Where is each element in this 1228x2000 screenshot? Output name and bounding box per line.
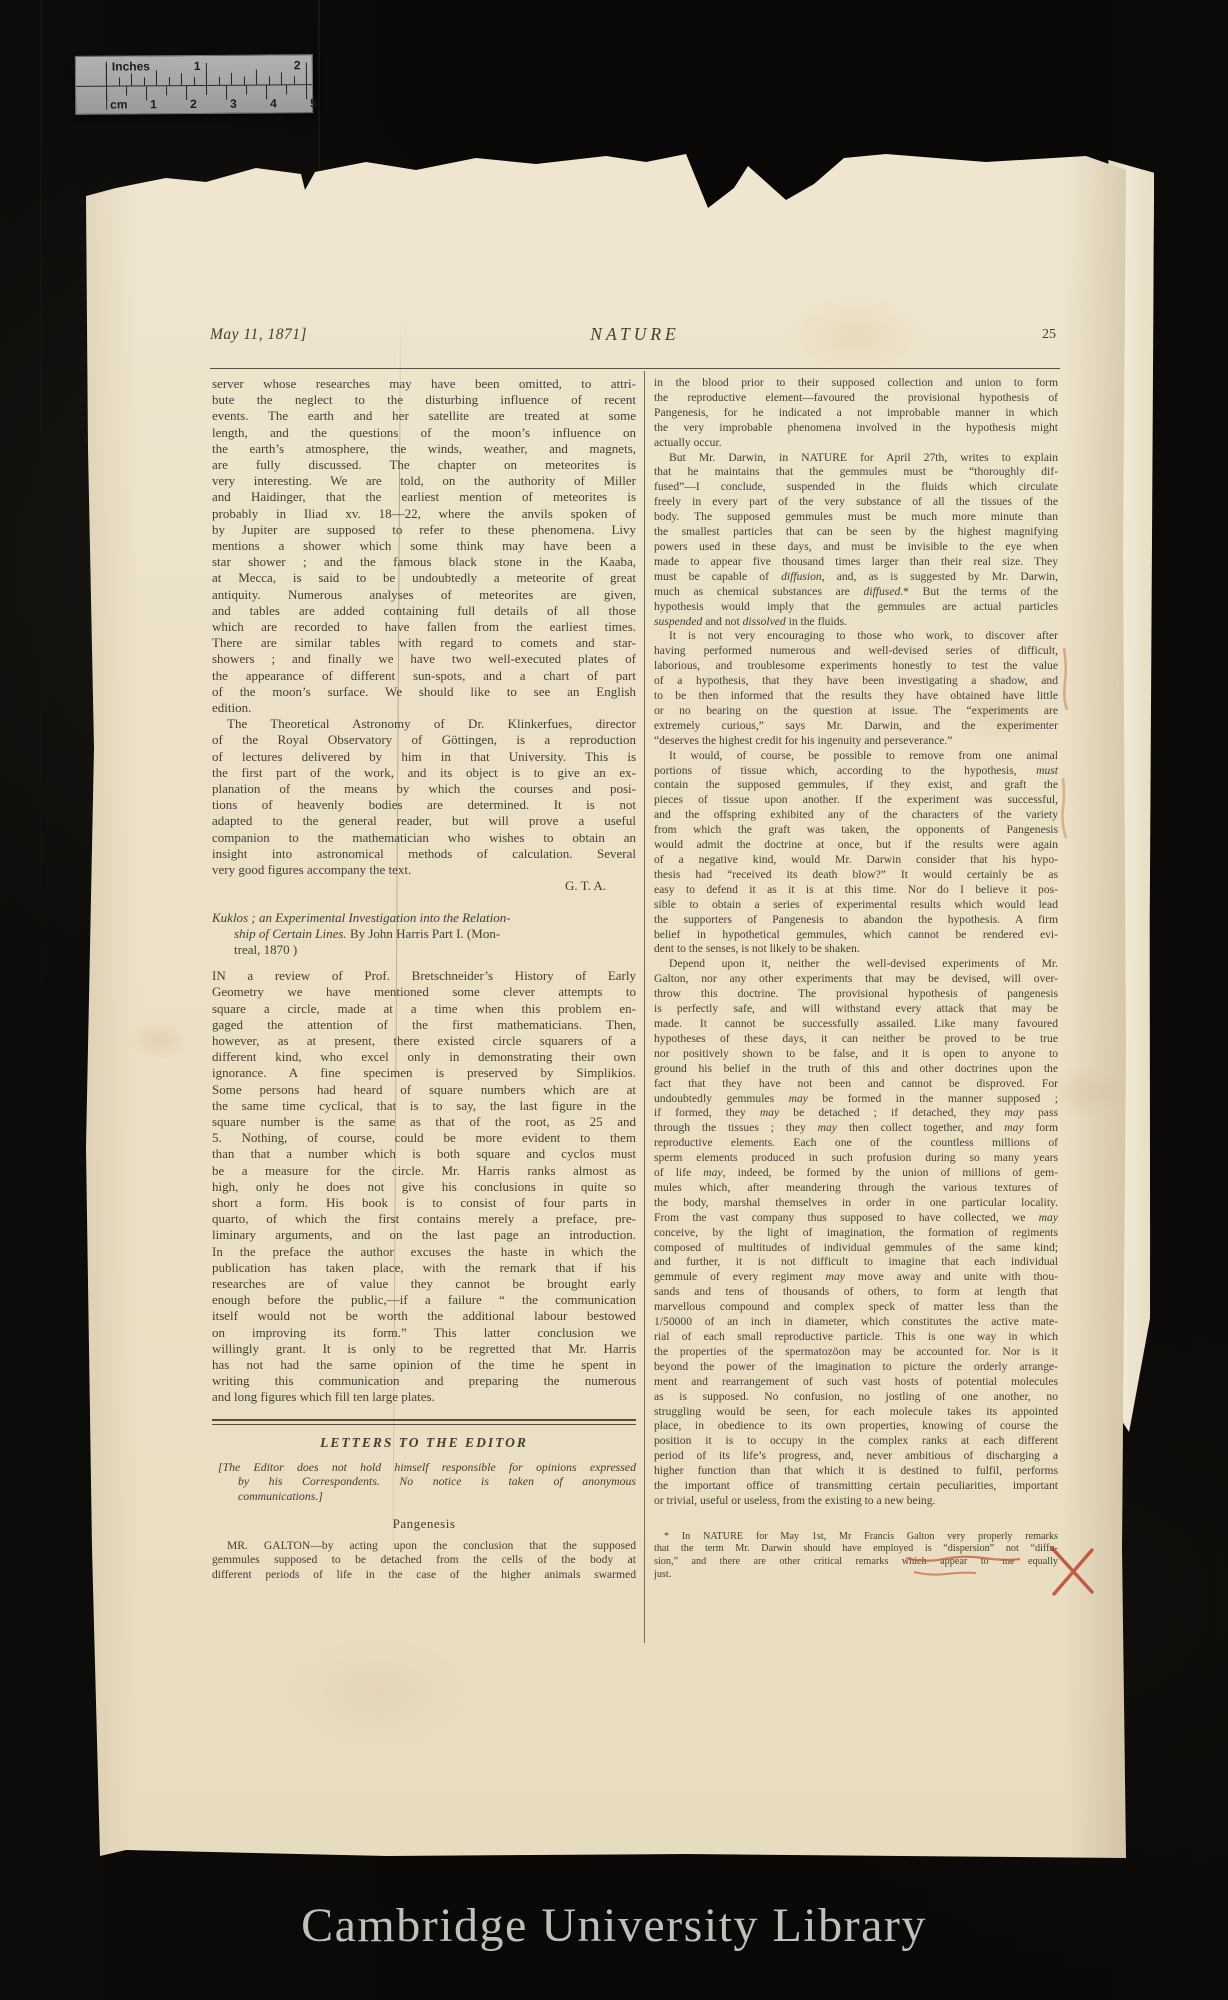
book-title-line: treal, 1870 ) [212, 942, 636, 958]
text-line: of life may, indeed, be formed by the un… [654, 1166, 1058, 1181]
text-line: Galton, nor any other experiments that m… [654, 972, 1058, 987]
text-line: be a measure for the circle. Mr. Harris … [212, 1163, 636, 1179]
text-line: in the blood prior to their supposed col… [654, 376, 1058, 391]
scan-scene: Inches cm 1212345 May 11, 1871] NATURE 2… [0, 0, 1228, 2000]
text-line: throw this doctrine. The provisional hyp… [654, 987, 1058, 1002]
letter-line: MR. GALTON—by acting upon the conclusion… [212, 1539, 636, 1554]
text-line: adapted to the general reader, but will … [212, 813, 636, 829]
disclaimer-line: [The Editor does not hold himself respon… [212, 1460, 636, 1475]
ruler-tick [156, 70, 157, 85]
text-line: made to appear five thousand times large… [654, 555, 1058, 570]
text-line: fused”—I conclude, suspended in the flui… [654, 480, 1058, 495]
left-column: server whose researches may have been om… [212, 376, 636, 1583]
text-line: companion to the mathematician who wishe… [212, 830, 636, 846]
ruler-tick [306, 85, 307, 99]
text-line: tions of heavenly bodies are determined.… [212, 797, 636, 813]
text-line: by Jupiter are supposed to refer to thes… [212, 522, 636, 538]
text-line: body. The supposed gemmules must be much… [654, 510, 1058, 525]
text-line: contain the supposed gemmules, if they e… [654, 778, 1058, 793]
text-line: the smallest particles that can be seen … [654, 525, 1058, 540]
ruler-tick [226, 86, 227, 100]
text-line: undoubtedly gemmules may be formed in th… [654, 1092, 1058, 1107]
text-line: the first part of the work, and its obje… [212, 765, 636, 781]
text-line: high, only he does not give his conclusi… [212, 1179, 636, 1195]
paragraph: server whose researches may have been om… [212, 376, 636, 716]
text-line: portions of tissue which, according to t… [654, 764, 1058, 779]
ruler-inch-number: 1 [194, 59, 201, 73]
ruler-tick [143, 77, 144, 85]
text-line: to be then informed that the results the… [654, 689, 1058, 704]
text-line: is perfectly safe, and will withstand ev… [654, 1002, 1058, 1017]
text-line: square a circle, made at a time when thi… [212, 1001, 636, 1017]
text-line: the very improbable phenomena involved i… [654, 421, 1058, 436]
text-line: enough before the public,—if a failure “… [212, 1292, 636, 1308]
text-line: server whose researches may have been om… [212, 376, 636, 392]
text-line: thesis had “received its death blow?” It… [654, 868, 1058, 883]
ruler-tick [193, 77, 194, 85]
text-line: than that a number which is both square … [212, 1146, 636, 1162]
ruler-tick [126, 86, 127, 95]
ruler-cm-number: 3 [230, 97, 237, 111]
text-line: insight into astronomical methods of cal… [212, 846, 636, 862]
footnote: * In NATURE for May 1st, Mr Francis Galt… [654, 1531, 1058, 1581]
text-line: however, as at present, there existed ci… [212, 1033, 636, 1049]
ruler-tick [268, 76, 269, 84]
ruler-tick [106, 64, 108, 86]
text-line: and the offspring exhibited any of the c… [654, 808, 1058, 823]
text-line: It is not very encouraging to those who … [654, 629, 1058, 644]
text-line: But Mr. Darwin, in NATURE for April 27th… [654, 451, 1058, 466]
text-line: which are recorded to have fallen from t… [212, 619, 636, 635]
footnote-line: that the term Mr. Darwin should have emp… [654, 1543, 1058, 1556]
text-line: powers used in these days, and must be i… [654, 540, 1058, 555]
text-line: fact that they have not been and cannot … [654, 1077, 1058, 1092]
text-line: suspended and not dissolved in the fluid… [654, 615, 1058, 630]
text-line: if formed, they may be detached ; if det… [654, 1106, 1058, 1121]
text-line: and Haidinger, that the earliest mention… [212, 489, 636, 505]
ruler-tick [206, 63, 208, 85]
column-divider-rule [644, 371, 645, 1643]
ruler-tick [106, 87, 107, 101]
ruler-tick [231, 73, 232, 85]
text-line: willingly grant. It is only to be regret… [212, 1341, 636, 1357]
text-line: the supporters of Pangenesis to abandon … [654, 913, 1058, 928]
cloth-seam [40, 0, 42, 1600]
disclaimer-line: by his Correspondents. No notice is take… [212, 1474, 636, 1489]
pencil-cross-icon [1052, 1548, 1092, 1594]
right-column-text: in the blood prior to their supposed col… [654, 376, 1058, 1509]
text-line: quarto, of which the first contains mere… [212, 1211, 636, 1227]
letter-title: Pangenesis [212, 1516, 636, 1532]
text-line: different kind, who excel only in demons… [212, 1049, 636, 1065]
text-line: that he maintains that the gemmules must… [654, 465, 1058, 480]
footnote-line: just. [654, 1569, 1058, 1582]
text-line: The Theoretical Astronomy of Dr. Klinker… [212, 716, 636, 732]
section-divider-rule [212, 1419, 636, 1425]
text-line: sands and tens of thousands of others, t… [654, 1285, 1058, 1300]
letter-line: different periods of life in the case of… [212, 1568, 636, 1583]
text-line: sperm elements produced in such profusio… [654, 1151, 1058, 1166]
ruler-tick [266, 85, 267, 99]
ruler-ticks: 1212345 [76, 55, 312, 57]
right-column: in the blood prior to their supposed col… [654, 376, 1058, 1581]
text-line: sible to obtain a series of experimental… [654, 898, 1058, 913]
text-line: hypothesis would imply that the gemmules… [654, 600, 1058, 615]
reviewer-signature: G. T. A. [212, 878, 636, 894]
letter-line: gemmules supposed to be detached from th… [212, 1553, 636, 1568]
text-line: conceive, by the light of imagination, t… [654, 1226, 1058, 1241]
text-line: ground his belief in the truth of this a… [654, 1062, 1058, 1077]
paragraph: It would, of course, be possible to remo… [654, 749, 1058, 958]
ruler-tick [168, 77, 169, 85]
paragraph: But Mr. Darwin, in NATURE for April 27th… [654, 451, 1058, 630]
text-line: “deserves the highest credit for his ing… [654, 734, 1058, 749]
text-line: mules which, after meandering through th… [654, 1181, 1058, 1196]
journal-page: May 11, 1871] NATURE 25 server whose res… [86, 148, 1126, 1864]
text-line: probably in Iliad xv. 18—22, where the a… [212, 506, 636, 522]
ruler-tick [186, 86, 187, 100]
text-line: Geometry we have mentioned some clever a… [212, 984, 636, 1000]
text-line: From the vast company thus supposed to h… [654, 1211, 1058, 1226]
text-line: reproductive elements. Each one of the c… [654, 1136, 1058, 1151]
text-line: Pangenesis, for he indicated a not impro… [654, 406, 1058, 421]
text-line: would admit the doctrine at once, but if… [654, 838, 1058, 853]
text-line: There are similar tables with regard to … [212, 635, 636, 651]
text-line: of a negative kind, would Mr. Darwin con… [654, 853, 1058, 868]
paragraph: in the blood prior to their supposed col… [654, 376, 1058, 451]
text-line: square number is the same as that of the… [212, 1114, 636, 1130]
ruler-tick [181, 73, 182, 85]
text-line: from which the graft was taken, the oppo… [654, 823, 1058, 838]
text-line: having performed numerous and well-devis… [654, 644, 1058, 659]
paragraph: IN a review of Prof. Bretschneider’s His… [212, 968, 636, 1405]
text-line: the reproductive element—favoured the pr… [654, 391, 1058, 406]
editor-disclaimer: [The Editor does not hold himself respon… [212, 1460, 636, 1504]
text-line: rial of each small reproductive particle… [654, 1330, 1058, 1345]
paragraph: Depend upon it, neither the well-devised… [654, 957, 1058, 1509]
ruler-cm-number: 2 [190, 97, 197, 111]
text-line: as is supposed. No confusion, no jostlin… [654, 1390, 1058, 1405]
disclaimer-line: communications.] [212, 1489, 636, 1504]
ruler-cm-number: 4 [270, 96, 277, 110]
text-line: bute the neglect to the disturbing influ… [212, 392, 636, 408]
ruler-cm-number: 1 [150, 97, 157, 111]
text-line: the earth’s atmosphere, the winds, weath… [212, 441, 636, 457]
text-line: of the Royal Observatory of Göttingen, i… [212, 732, 636, 748]
ruler-tick [118, 78, 119, 86]
text-line: liminary arguments, and on the last page… [212, 1227, 636, 1243]
text-line: dent to the senses, is not likely to be … [654, 942, 1058, 957]
text-line: place, in obedience to its own propertie… [654, 1419, 1058, 1434]
letters-heading: LETTERS TO THE EDITOR [212, 1435, 636, 1451]
text-line: very interesting. We are told, on the au… [212, 473, 636, 489]
text-line: length, and the questions of the moon’s … [212, 425, 636, 441]
text-line: publication has taken place, with the re… [212, 1260, 636, 1276]
ruler-tick [293, 76, 294, 84]
text-line: must be capable of diffusion, and, as is… [654, 570, 1058, 585]
text-line: edition. [212, 700, 636, 716]
text-line: short a form. His book is to consist of … [212, 1195, 636, 1211]
text-line: at Mecca, is said to be undoubtedly a me… [212, 570, 636, 586]
text-line: actually occur. [654, 436, 1058, 451]
text-line: and tables are added containing full det… [212, 603, 636, 619]
text-line: the body, marshal themselves in order in… [654, 1196, 1058, 1211]
text-line: the appearance of different sun-spots, a… [212, 668, 636, 684]
text-line: belief in hypothetical gemmules, which c… [654, 928, 1058, 943]
text-line: researches are of value they cannot be b… [212, 1276, 636, 1292]
text-line: 5. Nothing, of course, could be more evi… [212, 1130, 636, 1146]
text-line: are fully discussed. The chapter on mete… [212, 457, 636, 473]
text-line: writing this communication and preparing… [212, 1373, 636, 1389]
paragraph: The Theoretical Astronomy of Dr. Klinker… [212, 716, 636, 878]
ruler-tick [286, 85, 287, 94]
text-line: beyond the power of the imagination to p… [654, 1360, 1058, 1375]
text-line: has not had the same opinion of the time… [212, 1357, 636, 1373]
footnote-line: sion,” and there are other critical rema… [654, 1556, 1058, 1569]
text-line: the properties of the spermatozöon may b… [654, 1345, 1058, 1360]
text-line: nor positively shown to be false, and it… [654, 1047, 1058, 1062]
text-line: much as chemical substances are diffused… [654, 585, 1058, 600]
text-line: or trivial, useful or useless, from the … [654, 1494, 1058, 1509]
ruler-tick [246, 86, 247, 95]
text-line: 1/50000 of an inch in diameter, which co… [654, 1315, 1058, 1330]
ruler-inches-label: Inches [112, 59, 150, 73]
book-title: Kuklos ; an Experimental Investigation i… [212, 910, 636, 959]
text-line: or no bearing on the question at issue. … [654, 704, 1058, 719]
ruler-tick [131, 73, 132, 85]
text-line: Depend upon it, neither the well-devised… [654, 957, 1058, 972]
text-line: period of its life’s progress, and, neve… [654, 1449, 1058, 1464]
ruler-tick [256, 70, 257, 85]
text-line: ment and rearrangement of such vast host… [654, 1375, 1058, 1390]
text-line: of lectures delivered by him in that Uni… [212, 749, 636, 765]
page-header: May 11, 1871] NATURE 25 [210, 324, 1060, 348]
ruler-tick [218, 77, 219, 85]
text-line: through the tissues ; they may then coll… [654, 1121, 1058, 1136]
text-line: made. It cannot be successfully assailed… [654, 1017, 1058, 1032]
ruler-tick [306, 62, 308, 84]
text-line: gaged the attention of the first mathema… [212, 1017, 636, 1033]
text-line: struggling would be seen, for each molec… [654, 1405, 1058, 1420]
header-rule [210, 368, 1060, 369]
header-page-number: 25 [1042, 327, 1056, 343]
text-line: on improving its form.” This latter conc… [212, 1325, 636, 1341]
ruler-cm-number: 5 [310, 96, 317, 110]
text-line: of the moon’s surface. We should like to… [212, 684, 636, 700]
margin-stroke-icon [1062, 778, 1066, 838]
text-line: mentions a shower which some think may h… [212, 538, 636, 554]
footnote-line: * In NATURE for May 1st, Mr Francis Galt… [654, 1531, 1058, 1544]
ruler-cm-label: cm [110, 97, 127, 111]
text-line: Some persons had heard of square numbers… [212, 1082, 636, 1098]
text-line: In the preface the author excuses the ha… [212, 1244, 636, 1260]
text-line: planation of the means by which the cour… [212, 781, 636, 797]
margin-stroke-icon [1064, 648, 1067, 710]
ruler-tick [166, 86, 167, 95]
text-line: pieces of tissue upon another. If the ex… [654, 793, 1058, 808]
ruler-inch-number: 2 [294, 58, 301, 72]
text-line: composed of multitudes of individual gem… [654, 1241, 1058, 1256]
paragraph: It is not very encouraging to those who … [654, 629, 1058, 748]
ruler: Inches cm 1212345 [75, 54, 313, 115]
ruler-tick [206, 86, 207, 95]
text-line: marvellous compound and complex speck of… [654, 1300, 1058, 1315]
ruler-tick [146, 86, 147, 100]
text-line: gemmule of every regiment may move away … [654, 1270, 1058, 1285]
text-line: hypotheses of these days, it can neither… [654, 1032, 1058, 1047]
text-line: very good figures accompany the text. [212, 862, 636, 878]
left-column-text: server whose researches may have been om… [212, 376, 636, 1406]
text-line: higher function than that which it is de… [654, 1464, 1058, 1479]
text-line: the important office of transmitting cer… [654, 1479, 1058, 1494]
text-line: antiquity. Numerous analyses of meteorit… [212, 587, 636, 603]
text-line: IN a review of Prof. Bretschneider’s His… [212, 968, 636, 984]
library-watermark: Cambridge University Library [0, 1898, 1228, 1953]
book-title-line: ship of Certain Lines. By John Harris Pa… [212, 926, 636, 942]
text-line: freely in every part of the very substan… [654, 495, 1058, 510]
text-line: laborious, and troublesome experiments h… [654, 659, 1058, 674]
text-line: extremely curious,” says Mr. Darwin, and… [654, 719, 1058, 734]
text-line: It would, of course, be possible to remo… [654, 749, 1058, 764]
text-line: events. The earth and her satellite are … [212, 408, 636, 424]
text-line: of a hypothesis, that they have been inv… [654, 674, 1058, 689]
book-title-line: Kuklos ; an Experimental Investigation i… [212, 910, 636, 926]
ruler-tick [281, 72, 282, 84]
header-journal-title: NATURE [210, 324, 1060, 345]
text-line: showers ; and finally we have two well-e… [212, 651, 636, 667]
text-line: star shower ; and the famous black stone… [212, 554, 636, 570]
text-line: easy to defend it as it is at this time.… [654, 883, 1058, 898]
text-line: itself would not be worth the additional… [212, 1308, 636, 1324]
text-line: position it is to occupy in the complex … [654, 1434, 1058, 1449]
letter-body: MR. GALTON—by acting upon the conclusion… [212, 1539, 636, 1583]
text-line: and further, it is not difficult to imag… [654, 1255, 1058, 1270]
ruler-tick [243, 77, 244, 85]
text-line: and long figures which fill ten large pl… [212, 1389, 636, 1405]
text-line: the same time cyclical, that is to say, … [212, 1098, 636, 1114]
text-line: ignorance. A fine specimen is preserved … [212, 1065, 636, 1081]
